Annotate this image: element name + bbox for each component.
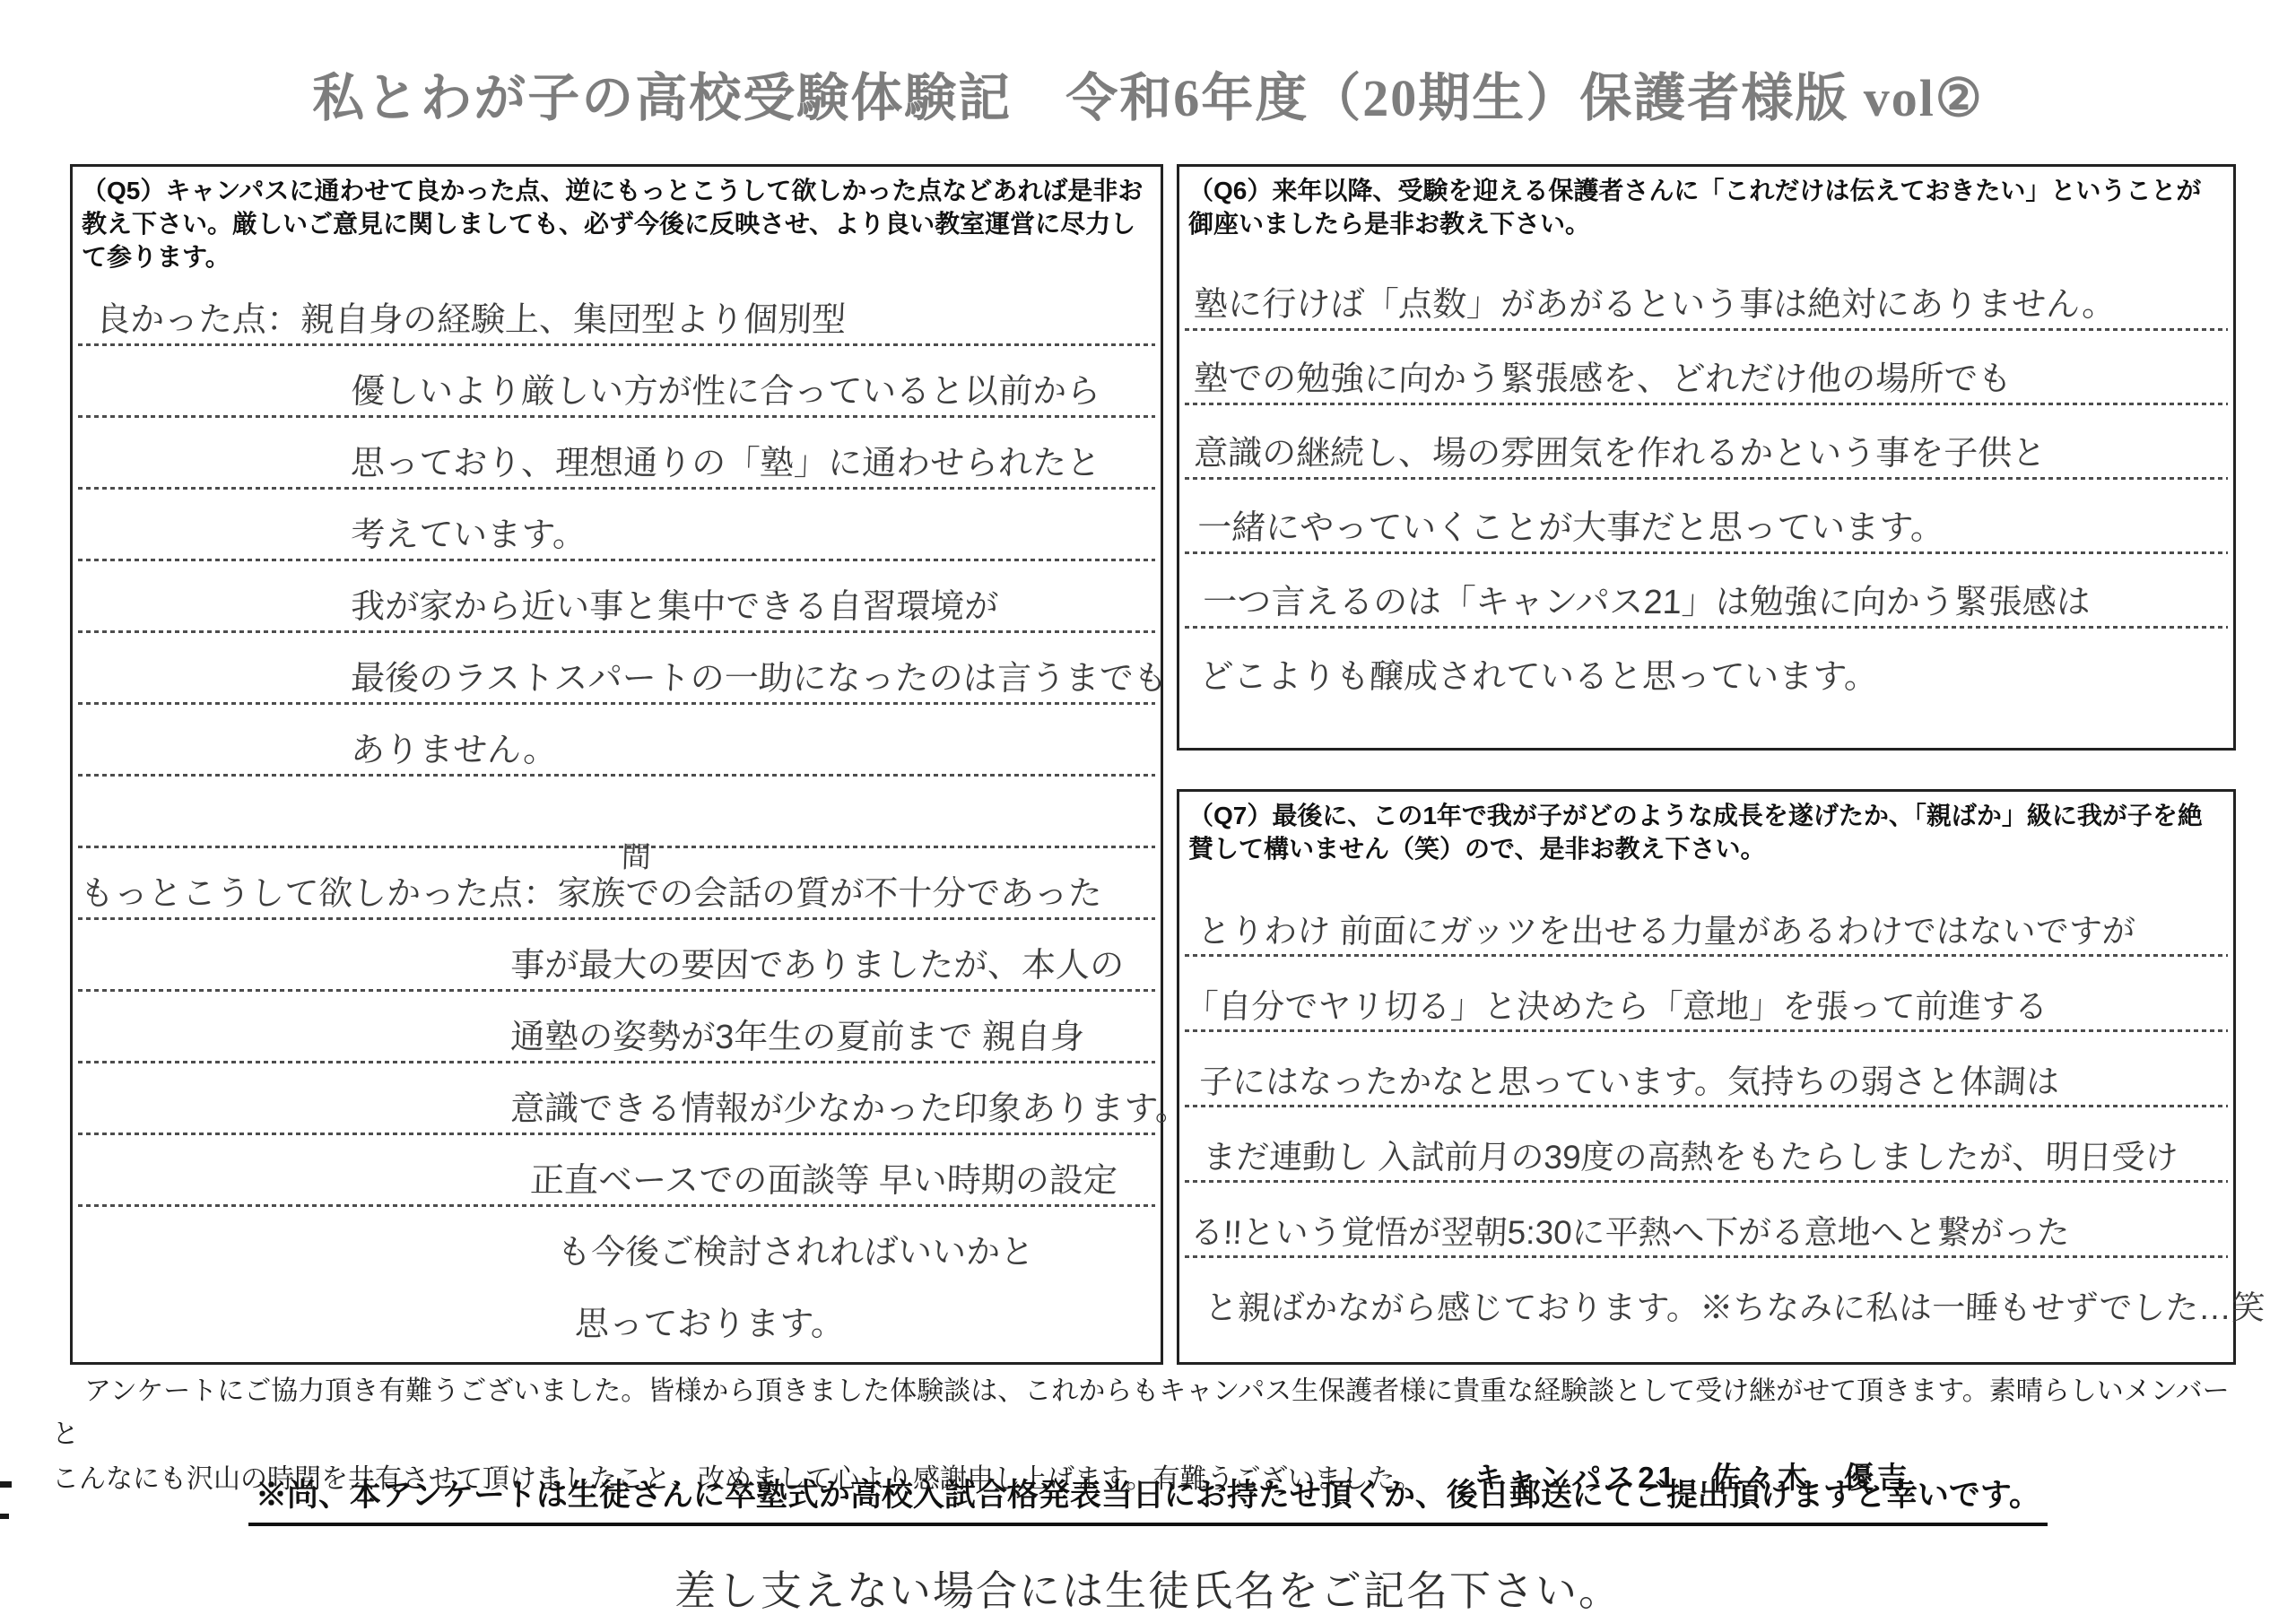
handwritten-line: とりわけ 前面にガッツを出せる力量があるわけではないですが [1179,881,2233,957]
handwritten-text: ありません。 [350,733,558,777]
handwritten-text: 最後のラストスパートの一助になったのは言うまでも [350,662,1168,705]
handwritten-text: も今後ご検討されればいいかと [556,1236,1035,1279]
handwritten-text: 塾に行けば「点数」があがるという事は絶対にありません。 [1193,288,2117,331]
handwritten-line: 最後のラストスパートの一助になったのは言うまでも [73,633,1161,705]
handwritten-text: 良かった点：親自身の経験上、集団型より個別型 [95,303,847,346]
handwritten-line: 子にはなったかなと思っています。気持ちの弱さと体調は [1179,1032,2233,1107]
handwritten-line: 思っております。 [73,1279,1161,1350]
handwritten-text: 思っており、理想通りの「塾」に通わせられたと [350,447,1101,490]
handwritten-text: 一緒にやっていくことが大事だと思っています。 [1196,511,1945,554]
handwritten-line: 我が家から近い事と集中できる自習環境が [73,561,1161,633]
q7-question: （Q7）最後に、この1年で我が子がどのような成長を遂げたか、「親ばか」級に我が子… [1179,792,2233,881]
handwritten-line: まだ連動し 入試前月の39度の高熱をもたらしましたが、明日受け [1179,1107,2233,1183]
handwritten-line: と親ばかながら感じております。※ちなみに私は一睡もせずでした…笑 [1179,1258,2233,1333]
handwritten-line: 良かった点：親自身の経験上、集団型より個別型 [73,274,1161,346]
q6-answer-area: 塾に行けば「点数」があがるという事は絶対にありません。塾での勉強に向かう緊張感を… [1179,256,2233,703]
handwritten-line: 塾での勉強に向かう緊張感を、どれだけ他の場所でも [1179,331,2233,405]
scan-artifact [0,1481,12,1488]
handwritten-line: どこよりも醸成されていると思っています。 [1179,629,2233,703]
handwritten-line: 「自分でヤリ切る」と決めたら「意地」を張って前進する [1179,957,2233,1032]
handwritten-line: る!!という覚悟が翌朝5:30に平熱へ下がる意地へと繋がった [1179,1183,2233,1258]
handwritten-line: 優しいより厳しい方が性に合っていると以前から [73,346,1161,418]
handwritten-line: 通塾の姿勢が3年生の夏前まで 親自身 [73,992,1161,1063]
q6-question: （Q6）来年以降、受験を迎える保護者さんに「これだけは伝えておきたい」ということ… [1179,167,2233,256]
handwritten-line [73,777,1161,848]
q6-box: （Q6）来年以降、受験を迎える保護者さんに「これだけは伝えておきたい」ということ… [1177,164,2236,751]
handwritten-line: 一緒にやっていくことが大事だと思っています。 [1179,480,2233,554]
q5-answer-area: 良かった点：親自身の経験上、集団型より個別型優しいより厳しい方が性に合っていると… [73,274,1161,1350]
handwritten-text: 事が最大の要因でありましたが、本人の [509,949,1125,992]
handwritten-line: 一つ言えるのは「キャンパス21」は勉強に向かう緊張感は [1179,554,2233,629]
handwritten-line: 正直ベースでの面談等 早い時期の設定 [73,1135,1161,1207]
handwritten-line: 事が最大の要因でありましたが、本人の [73,920,1161,992]
handwritten-text: 一つ言えるのは「キャンパス21」は勉強に向かう緊張感は [1202,586,2091,629]
handwritten-text: 子にはなったかなと思っています。気持ちの弱さと体調は [1198,1065,2060,1107]
handwritten-line: 思っており、理想通りの「塾」に通わせられたと [73,418,1161,490]
inserted-char: 間 [621,834,652,876]
q5-box: （Q5）キャンパスに通わせて良かった点、逆にもっとこうして欲しかった点などあれば… [70,164,1163,1365]
handwritten-text: る!!という覚悟が翌朝5:30に平熱へ下がる意地へと繋がった [1189,1216,2070,1258]
handwritten-text: 考えています。 [350,518,587,561]
q7-answer-area: とりわけ 前面にガッツを出せる力量があるわけではないですが「自分でヤリ切る」と決… [1179,881,2233,1333]
handwritten-text: 「自分でヤリ切る」と決めたら「意地」を張って前進する [1184,990,2048,1032]
handwritten-line: ありません。 [73,705,1161,777]
handwritten-line: 塾に行けば「点数」があがるという事は絶対にありません。 [1179,256,2233,331]
handwritten-text: 塾での勉強に向かう緊張感を、どれだけ他の場所でも [1193,362,2013,405]
handwritten-text: どこよりも醸成されていると思っています。 [1198,660,1879,703]
handwritten-text: まだ連動し 入試前月の39度の高熱をもたらしましたが、明日受け [1202,1141,2179,1183]
submission-note-text: ※尚、本アンケートは生徒さんに卒塾式か高校入試合格発表当日にお持たせ頂くか、後日… [248,1471,2048,1526]
closing-line-1: アンケートにご協力頂き有難うございました。皆様から頂きました体験談は、これからも… [52,1370,2248,1456]
handwritten-text: 意識できる情報が少なかった印象あります。 [509,1092,1190,1135]
handwritten-line: 意識できる情報が少なかった印象あります。 [73,1063,1161,1135]
survey-page: 私とわが子の高校受験体験記 令和6年度（20期生）保護者様版 vol② （Q5）… [0,0,2296,1623]
handwritten-text: 思っております。 [574,1307,846,1350]
handwritten-text: と親ばかながら感じております。※ちなみに私は一睡もせずでした…笑 [1204,1291,2266,1333]
handwritten-line: もっとこうして欲しかった点：家族での会話の質が不十分であった間 [73,848,1161,920]
scan-artifact [0,1514,9,1519]
handwritten-text: 優しいより厳しい方が性に合っていると以前から [350,375,1101,418]
handwritten-text: もっとこうして欲しかった点：家族での会話の質が不十分であった [79,877,1102,920]
q5-question: （Q5）キャンパスに通わせて良かった点、逆にもっとこうして欲しかった点などあれば… [73,167,1161,274]
handwritten-line: 意識の継続し、場の雰囲気を作れるかという事を子供と [1179,405,2233,480]
handwritten-text: 通塾の姿勢が3年生の夏前まで 親自身 [509,1020,1084,1063]
handwritten-text: 我が家から近い事と集中できる自習環境が [350,590,999,633]
handwritten-text: とりわけ 前面にガッツを出せる力量があるわけではないですが [1196,915,2135,957]
submission-note: ※尚、本アンケートは生徒さんに卒塾式か高校入試合格発表当日にお持たせ頂くか、後日… [0,1471,2296,1526]
handwritten-text: 意識の継続し、場の雰囲気を作れるかという事を子供と [1193,437,2047,480]
handwritten-line: も今後ご検討されればいいかと [73,1207,1161,1279]
handwritten-text: 正直ベースでの面談等 早い時期の設定 [529,1164,1118,1207]
name-request-line: 差し支えない場合には生徒氏名をご記名下さい。 [0,1558,2296,1618]
page-title: 私とわが子の高校受験体験記 令和6年度（20期生）保護者様版 vol② [0,56,2296,131]
q7-box: （Q7）最後に、この1年で我が子がどのような成長を遂げたか、「親ばか」級に我が子… [1177,789,2236,1365]
handwritten-line: 考えています。 [73,490,1161,561]
